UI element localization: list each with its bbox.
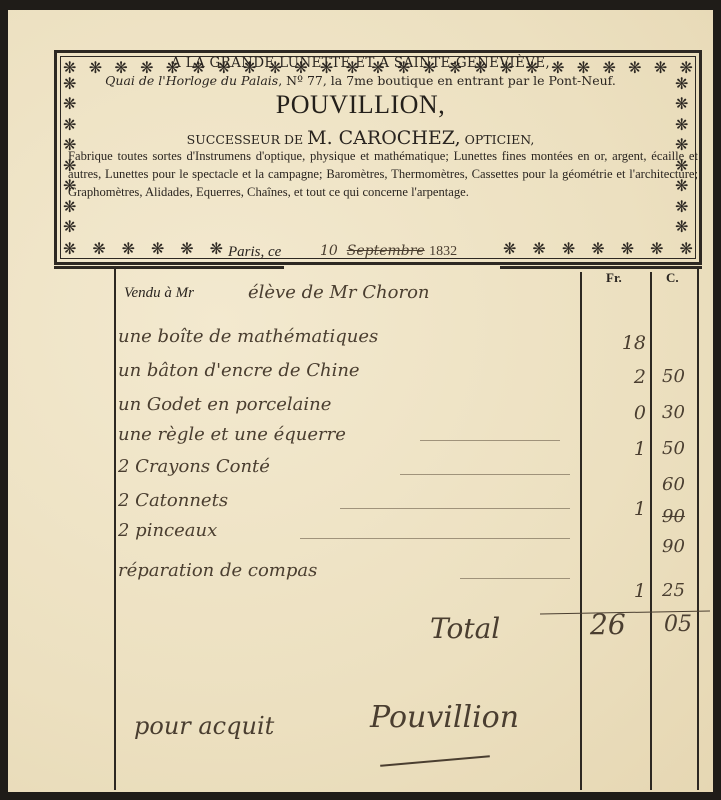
sold-to-label: Vendu à Mr — [124, 285, 194, 302]
line-item-description: 2 Crayons Conté — [118, 456, 270, 477]
line-item-description: réparation de compas — [118, 560, 317, 581]
merchant-name: POUVILLION, — [0, 90, 721, 120]
centimes-column-rule — [650, 272, 652, 790]
line-item-centimes: 50 — [662, 438, 702, 459]
line-item-description: un Godet en porcelaine — [118, 394, 331, 415]
receipt-note: pour acquit — [134, 712, 274, 740]
line-item-francs: 1 — [600, 438, 646, 460]
table-left-rule — [114, 268, 116, 790]
line-item-centimes-struck: 90 — [662, 506, 702, 527]
total-francs: 26 — [590, 608, 626, 641]
ornament-border-bottom-right: ❋❋❋❋❋❋❋ — [503, 240, 693, 258]
date-day: 10 — [320, 243, 338, 259]
total-label: Total — [430, 612, 500, 645]
successor-line: SUCCESSEUR DE M. CAROCHEZ, OPTICIEN, — [0, 127, 721, 149]
filler-dash — [420, 440, 560, 441]
line-item-centimes: 30 — [662, 402, 702, 423]
date-value: 10 Septembre 1832 — [320, 243, 457, 260]
line-item-centimes: 25 — [662, 580, 702, 601]
line-item-francs: 0 — [600, 402, 646, 424]
line-item-francs: 1 — [600, 580, 646, 602]
address-street: Quai de l'Horloge du Palais — [105, 73, 278, 88]
shop-address: Quai de l'Horloge du Palais, Nº 77, la 7… — [0, 73, 721, 88]
address-detail: , Nº 77, la 7me boutique en entrant par … — [278, 73, 616, 88]
filler-dash — [400, 474, 570, 475]
shop-sign: A LA GRANDE LUNETTE ET A SAINTE-GENEVIÈV… — [0, 55, 721, 71]
line-item-description: 2 pinceaux — [118, 520, 217, 541]
business-description: Fabrique toutes sortes d'Instrumens d'op… — [68, 147, 698, 201]
table-top-rule-right — [500, 266, 702, 269]
line-item-francs: 1 — [600, 498, 646, 520]
filler-dash — [340, 508, 570, 509]
predecessor-name: M. CAROCHEZ, — [307, 127, 461, 149]
line-item-centimes: 60 — [662, 474, 702, 495]
line-item-centimes: 90 — [662, 536, 702, 557]
table-top-rule-left — [54, 266, 284, 269]
line-item-centimes: 50 — [662, 366, 702, 387]
profession: OPTICIEN, — [465, 132, 535, 147]
total-centimes: 05 — [664, 612, 692, 637]
date-label: Paris, ce — [228, 244, 281, 261]
line-item-description: une boîte de mathématiques — [118, 326, 378, 347]
ornament-border-bottom-left: ❋❋❋❋❋❋ — [63, 240, 223, 258]
line-item-francs: 2 — [600, 366, 646, 388]
date-year: 1832 — [429, 244, 457, 259]
line-item-francs: 18 — [600, 332, 646, 354]
buyer-name: élève de Mr Choron — [248, 282, 430, 303]
line-item-description: un bâton d'encre de Chine — [118, 360, 360, 381]
filler-dash — [300, 538, 570, 539]
table-right-rule — [697, 268, 699, 790]
column-header-francs: Fr. — [606, 270, 622, 286]
line-item-description: une règle et une équerre — [118, 424, 346, 445]
francs-column-rule — [580, 272, 582, 790]
merchant-signature: Pouvillion — [370, 700, 519, 735]
successor-prefix: SUCCESSEUR DE — [187, 132, 303, 147]
line-item-description: 2 Catonnets — [118, 490, 228, 511]
filler-dash — [460, 578, 570, 579]
column-header-centimes: C. — [666, 270, 679, 286]
date-month-struck: Septembre — [347, 243, 425, 259]
